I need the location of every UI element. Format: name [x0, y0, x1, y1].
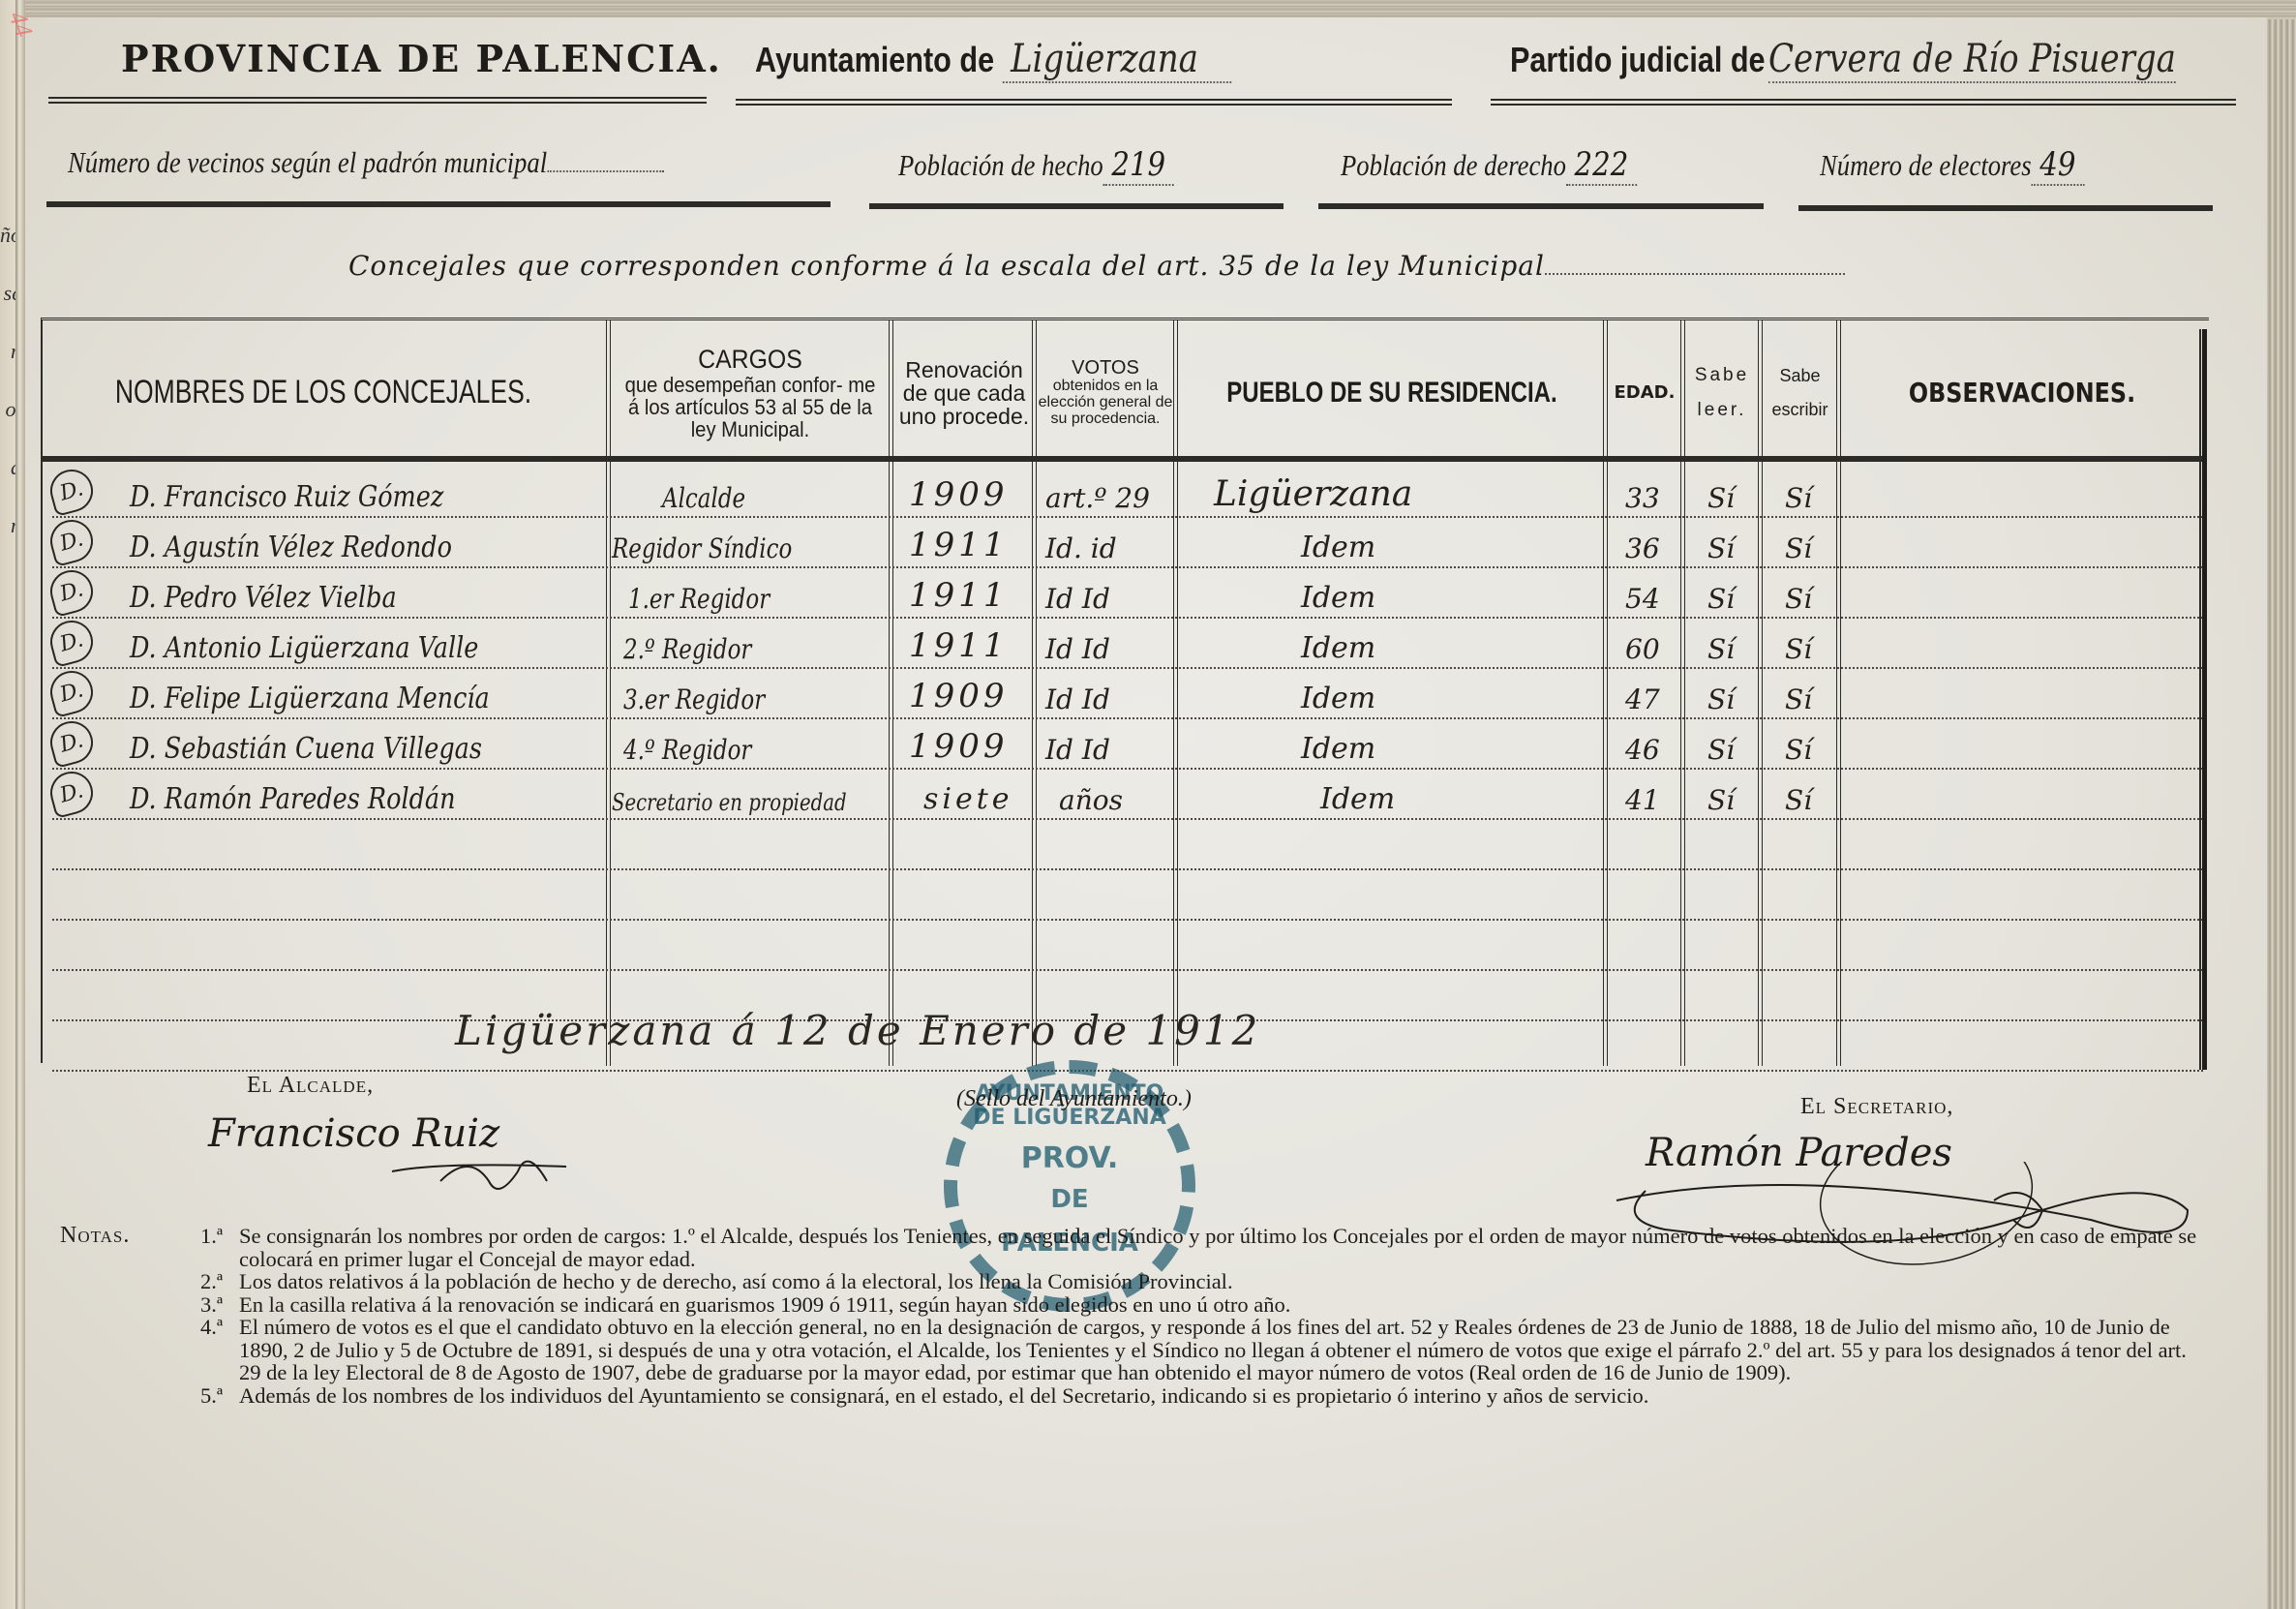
stats-rule	[1318, 203, 1764, 209]
cell-edad: 41	[1625, 784, 1660, 816]
cell-votos: art.º 29	[1045, 482, 1150, 514]
cell-renovacion: 1909	[909, 677, 1009, 715]
column-header-sabe-escribir: Sabe escribir	[1764, 330, 1836, 456]
cargos-subtitle: que desempeñan confor- me á los artículo…	[622, 374, 877, 440]
table-row: D. D. Sebastián Cuena Villegas 4.º Regid…	[43, 717, 2203, 770]
secretario-label: El Secretario,	[1800, 1094, 1953, 1120]
cell-sabe-escribir: Sí	[1785, 532, 1812, 564]
sabe-escribir-line2: escribir	[1771, 401, 1828, 419]
note-item: 5.ªAdemás de los nombres de los individu…	[60, 1384, 2209, 1408]
poblacion-hecho-value: 219	[1103, 145, 1174, 186]
note-number: 5.ª	[200, 1384, 239, 1408]
cell-sabe-leer: Sí	[1707, 734, 1735, 766]
poblacion-derecho-field: Población de derecho222	[1341, 145, 1637, 186]
column-header-cargos: CARGOS que desempeñan confor- me á los a…	[622, 330, 877, 456]
note-number: 1.ª	[200, 1225, 239, 1248]
cell-sabe-leer: Sí	[1707, 784, 1735, 816]
note-item: 4.ªEl número de votos es el que el candi…	[60, 1316, 2209, 1384]
ayuntamiento-field: Ayuntamiento deLigüerzana	[755, 37, 1231, 95]
column-header-renovacion: Renovación de que cada uno procede.	[896, 330, 1032, 456]
electores-field: Número de electores49	[1820, 145, 2084, 186]
column-header-pueblo: PUEBLO DE SU RESIDENCIA.	[1224, 330, 1561, 456]
alcalde-rubric-icon	[382, 1142, 576, 1200]
concejales-table: NOMBRES DE LOS CONCEJALES. CARGOS que de…	[41, 318, 2209, 1063]
cell-sabe-escribir: Sí	[1785, 683, 1812, 715]
vecinos-field: Número de vecinos según el padrón munici…	[68, 145, 664, 180]
cell-cargo: 2.º Regidor	[623, 633, 751, 665]
row-mark: D.	[45, 616, 98, 668]
table-header-rule	[43, 456, 2203, 462]
table-row: D. D. Agustín Vélez Redondo Regidor Sínd…	[43, 516, 2203, 568]
cell-votos: Id Id	[1045, 583, 1110, 615]
note-number: 2.ª	[200, 1270, 239, 1293]
ayuntamiento-label: Ayuntamiento de	[755, 40, 994, 79]
note-item: 1.ªSe consignarán los nombres por orden …	[60, 1225, 2209, 1270]
electores-label: Número de electores	[1820, 148, 2032, 182]
stamp-center-line-1: PROV.	[957, 1141, 1182, 1175]
votos-title: VOTOS	[1072, 358, 1139, 379]
cell-sabe-escribir: Sí	[1785, 583, 1812, 615]
cell-sabe-leer: Sí	[1707, 532, 1735, 564]
cell-renovacion: 1911	[909, 626, 1009, 665]
cell-nombre: D. Ramón Paredes Roldán	[130, 782, 456, 816]
cell-sabe-escribir: Sí	[1785, 633, 1812, 665]
stats-rule	[46, 201, 831, 207]
table-row-empty	[43, 919, 2203, 971]
cell-sabe-leer: Sí	[1707, 683, 1735, 715]
cell-nombre: D. Sebastián Cuena Villegas	[130, 732, 482, 766]
cell-edad: 46	[1625, 734, 1660, 766]
date-place-line: Ligüerzana á 12 de Enero de 1912	[455, 1007, 1260, 1054]
cell-nombre: D. Pedro Vélez Vielba	[130, 581, 397, 615]
stats-rule	[869, 203, 1284, 209]
alcalde-label: El Alcalde,	[247, 1073, 374, 1099]
partido-judicial-field: Partido judicial deCervera de Río Pisuer…	[1510, 37, 2176, 95]
partido-value: Cervera de Río Pisuerga	[1768, 37, 2176, 83]
column-header-edad: EDAD.	[1609, 330, 1680, 456]
table-row-empty	[43, 868, 2203, 921]
cell-votos: Id Id	[1045, 734, 1110, 766]
cell-pueblo: Idem	[1301, 732, 1375, 766]
note-text: El número de votos es el que el candidat…	[239, 1315, 2187, 1384]
poblacion-hecho-field: Población de hecho219	[898, 145, 1174, 186]
votos-subtitle: obtenidos en la elección general de su p…	[1038, 379, 1173, 427]
row-mark: D.	[45, 716, 98, 769]
cell-nombre: D. Agustín Vélez Redondo	[130, 531, 452, 564]
cell-edad: 47	[1625, 683, 1660, 715]
poblacion-hecho-label: Población de hecho	[898, 148, 1103, 182]
poblacion-derecho-label: Población de derecho	[1341, 148, 1566, 182]
column-header-sabe-leer: Sabe leer.	[1686, 330, 1758, 456]
book-gutter	[15, 0, 25, 1609]
cell-renovacion: 1909	[909, 475, 1009, 514]
cell-sabe-escribir: Sí	[1785, 482, 1812, 514]
electores-value: 49	[2032, 145, 2084, 186]
cell-nombre: D. Francisco Ruiz Gómez	[130, 480, 443, 514]
cell-renovacion: siete	[923, 782, 1013, 816]
note-item: 2.ªLos datos relativos á la población de…	[60, 1270, 2209, 1293]
partido-label: Partido judicial de	[1510, 40, 1766, 79]
row-mark: D.	[45, 515, 98, 567]
note-text: Los datos relativos á la población de he…	[239, 1269, 1233, 1293]
row-dotted-rule	[52, 1070, 2203, 1072]
note-number: 3.ª	[200, 1293, 239, 1317]
vecinos-value	[547, 170, 663, 172]
stamp-center-line-2: DE	[957, 1185, 1182, 1214]
cell-pueblo: Ligüerzana	[1214, 474, 1412, 514]
cell-edad: 36	[1625, 532, 1660, 564]
header-double-rule	[48, 97, 707, 104]
table-row-empty	[43, 818, 2203, 870]
concejales-escala-line: Concejales que corresponden conforme á l…	[348, 250, 1845, 282]
row-mark: D.	[45, 465, 98, 517]
sabe-escribir-line1: Sabe	[1779, 367, 1820, 385]
cell-sabe-escribir: Sí	[1785, 784, 1812, 816]
cell-renovacion: 1909	[909, 727, 1009, 766]
header-double-rule	[736, 99, 1452, 106]
column-header-observaciones: OBSERVACIONES.	[1870, 330, 2175, 456]
note-item: 3.ªEn la casilla relativa á la renovació…	[60, 1293, 2209, 1317]
cell-cargo: 4.º Regidor	[623, 734, 751, 766]
table-row: D. D. Antonio Ligüerzana Valle 2.º Regid…	[43, 617, 2203, 669]
cell-votos: Id Id	[1045, 683, 1110, 715]
cell-pueblo: Idem	[1301, 631, 1375, 665]
column-header-votos: VOTOS obtenidos en la elección general d…	[1038, 330, 1173, 456]
cell-edad: 33	[1625, 482, 1660, 514]
cell-renovacion: 1911	[909, 526, 1009, 564]
table-row: D. D. Felipe Ligüerzana Mencía 3.er Regi…	[43, 667, 2203, 719]
cell-votos: años	[1059, 784, 1123, 816]
notes-section: Notas. 1.ªSe consignarán los nombres por…	[60, 1225, 2209, 1407]
cell-votos: Id Id	[1045, 633, 1110, 665]
cargos-title: CARGOS	[698, 346, 802, 373]
note-text: Se consignarán los nombres por orden de …	[239, 1224, 2196, 1271]
cell-cargo: 3.er Regidor	[623, 683, 765, 715]
row-mark: D.	[45, 666, 98, 718]
sabe-leer-line1: Sabe	[1695, 366, 1749, 385]
header-double-rule	[1491, 99, 2236, 106]
cell-sabe-leer: Sí	[1707, 633, 1735, 665]
cell-pueblo: Idem	[1301, 682, 1375, 715]
sabe-leer-line2: leer.	[1698, 401, 1747, 420]
table-row: D. D. Ramón Paredes Roldán Secretario en…	[43, 768, 2203, 820]
cell-edad: 60	[1625, 633, 1660, 665]
stats-rule	[1798, 205, 2213, 211]
table-row: D. D. Francisco Ruiz Gómez Alcalde 1909 …	[43, 466, 2203, 518]
ayuntamiento-value: Ligüerzana	[1003, 37, 1231, 83]
cell-cargo: Alcalde	[662, 482, 745, 514]
note-text: En la casilla relativa á la renovación s…	[239, 1292, 1290, 1317]
cell-nombre: D. Felipe Ligüerzana Mencía	[130, 682, 490, 715]
poblacion-derecho-value: 222	[1566, 145, 1637, 186]
cell-nombre: D. Antonio Ligüerzana Valle	[130, 631, 478, 665]
provincia-title: PROVINCIA DE PALENCIA.	[121, 37, 722, 95]
note-number: 4.ª	[200, 1316, 239, 1339]
cell-pueblo: Idem	[1301, 581, 1375, 615]
cell-cargo: Regidor Síndico	[612, 532, 792, 564]
table-row: D. D. Pedro Vélez Vielba 1.er Regidor 19…	[43, 566, 2203, 619]
cell-sabe-leer: Sí	[1707, 482, 1735, 514]
concejales-escala-value	[1545, 273, 1845, 275]
cell-sabe-escribir: Sí	[1785, 734, 1812, 766]
table-right-border	[2199, 329, 2207, 1070]
column-header-nombres: NOMBRES DE LOS CONCEJALES.	[105, 330, 542, 456]
book-page-edges-right	[2267, 19, 2296, 1609]
cell-renovacion: 1911	[909, 576, 1009, 615]
cell-cargo: 1.er Regidor	[628, 583, 770, 615]
cell-pueblo: Idem	[1301, 531, 1375, 564]
concejales-escala-text: Concejales que corresponden conforme á l…	[348, 250, 1545, 282]
cell-sabe-leer: Sí	[1707, 583, 1735, 615]
sello-label: (Sello del Ayuntamiento.)	[956, 1086, 1192, 1112]
note-text: Además de los nombres de los individuos …	[239, 1383, 1648, 1408]
cell-edad: 54	[1625, 583, 1660, 615]
row-mark: D.	[45, 767, 98, 819]
vecinos-label: Número de vecinos según el padrón munici…	[68, 145, 547, 179]
cell-votos: Id. id	[1045, 532, 1117, 564]
row-mark: D.	[45, 565, 98, 618]
cell-pueblo: Idem	[1320, 782, 1395, 816]
cell-cargo: Secretario en propiedad	[612, 789, 847, 816]
